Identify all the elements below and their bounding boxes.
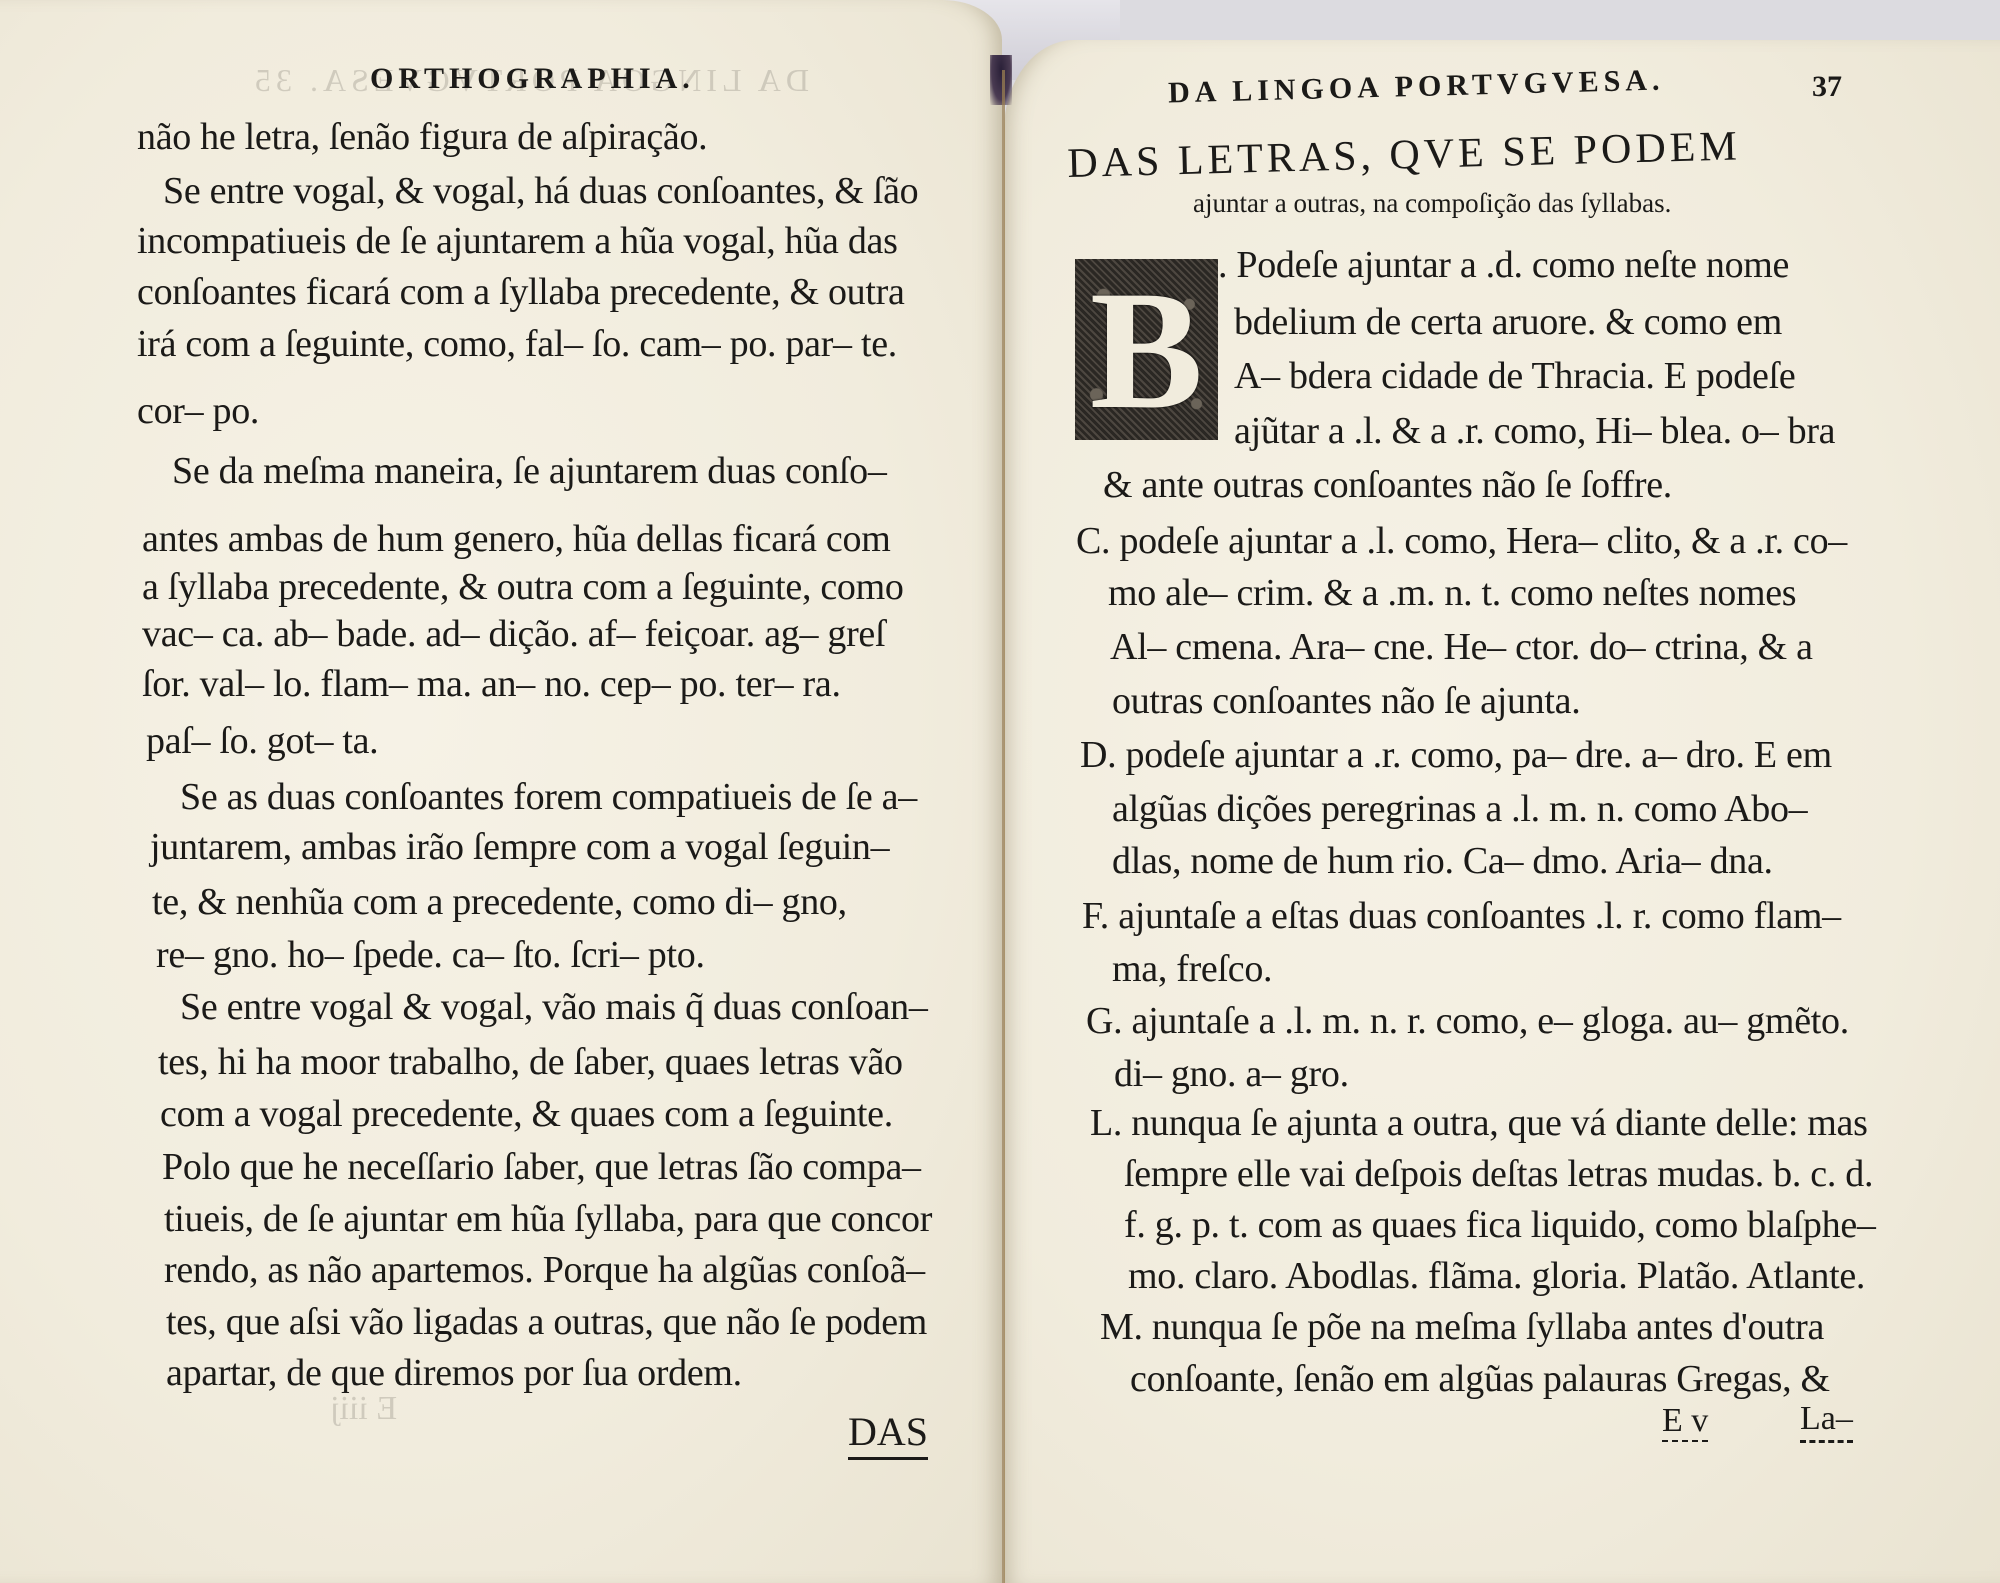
signature-mark: E v	[1662, 1402, 1708, 1442]
right-catchword: La–	[1800, 1400, 1853, 1443]
text-line: a ſyllaba precedente, & outra com a ſegu…	[142, 568, 904, 606]
text-line: tes, hi ha moor trabalho, de ſaber, quae…	[158, 1043, 903, 1081]
drop-cap-ornament: B	[1075, 259, 1218, 440]
text-line: ajũtar a .l. & a .r. como, Hi– blea. o– …	[1234, 412, 1835, 450]
text-line: juntarem, ambas irão ſempre com a vogal …	[150, 828, 889, 866]
text-line: tiueis, de ſe ajuntar em hũa ſyllaba, pa…	[164, 1200, 932, 1238]
text-line: D. podeſe ajuntar a .r. como, pa– dre. a…	[1080, 736, 1832, 774]
text-line: f. g. p. t. com as quaes fica liquido, c…	[1124, 1206, 1876, 1244]
text-line: A– bdera cidade de Thracia. E podeſe	[1234, 357, 1795, 395]
text-line: Polo que he neceſſario ſaber, que letras…	[162, 1148, 921, 1186]
text-line: Se entre vogal, & vogal, há duas conſoan…	[163, 172, 918, 210]
text-line: com a vogal precedente, & quaes com a ſe…	[160, 1095, 893, 1133]
text-line: dlas, nome de hum rio. Ca– dmo. Aria– dn…	[1112, 842, 1773, 880]
text-line: vac– ca. ab– bade. ad– dição. af– feiçoa…	[142, 615, 885, 653]
text-line: apartar, de que diremos por ſua ordem.	[166, 1354, 742, 1392]
text-line: . Podeſe ajuntar a .d. como neſte nome	[1218, 246, 1789, 284]
text-line: conſoante, ſenão em algũas palauras Greg…	[1130, 1360, 1830, 1398]
text-line: antes ambas de hum genero, hũa dellas fi…	[142, 520, 890, 558]
gutter	[1002, 70, 1005, 1583]
text-line: & ante outras conſoantes não ſe ſoffre.	[1103, 466, 1672, 504]
text-line: irá com a ſeguinte, como, fal– ſo. cam– …	[137, 325, 897, 363]
text-line: C. podeſe ajuntar a .l. como, Hera– clit…	[1076, 522, 1847, 560]
text-line: rendo, as não apartemos. Porque ha algũa…	[164, 1251, 925, 1289]
text-line: paſ– ſo. got– ta.	[146, 722, 378, 760]
drop-cap-letter: B	[1090, 265, 1203, 435]
text-line: L. nunqua ſe ajunta a outra, que vá dian…	[1090, 1104, 1868, 1142]
page-number: 37	[1812, 70, 1842, 104]
text-line: Se as duas conſoantes forem compatiueis …	[180, 778, 917, 816]
text-line: Se entre vogal & vogal, vão mais q̃ duas…	[180, 988, 928, 1026]
text-line: Se da meſma maneira, ſe ajuntarem duas c…	[172, 452, 887, 490]
text-line: G. ajuntaſe a .l. m. n. r. como, e– glog…	[1086, 1002, 1849, 1040]
text-line: M. nunqua ſe põe na meſma ſyllaba antes …	[1100, 1308, 1824, 1346]
text-line: conſoantes ficará com a ſyllaba preceden…	[137, 273, 905, 311]
text-line: tes, que aſsi vão ligadas a outras, que …	[166, 1303, 927, 1341]
text-line: di– gno. a– gro.	[1114, 1055, 1349, 1093]
text-line: mo. claro. Abodlas. flãma. gloria. Platã…	[1128, 1257, 1865, 1295]
text-line: te, & nenhũa com a precedente, como di– …	[152, 883, 847, 921]
text-line: F. ajuntaſe a eſtas duas conſoantes .l. …	[1082, 897, 1841, 935]
text-line: algũas dições peregrinas a .l. m. n. com…	[1112, 790, 1807, 828]
book-spine	[990, 55, 1012, 105]
text-line: outras conſoantes não ſe ajunta.	[1112, 682, 1580, 720]
left-catchword: DAS	[848, 1408, 928, 1460]
text-line: ma, freſco.	[1112, 950, 1272, 988]
text-line: ſor. val– lo. flam– ma. an– no. cep– po.…	[142, 665, 841, 703]
text-line: bdelium de certa aruore. & como em	[1234, 303, 1782, 341]
text-line: Al– cmena. Ara– cne. He– ctor. do– ctrin…	[1110, 628, 1813, 666]
text-line: re– gno. ho– ſpede. ca– ſto. ſcri– pto.	[156, 936, 705, 974]
text-line: mo ale– crim. & a .m. n. t. como neſtes …	[1108, 574, 1796, 612]
text-line: ſempre elle vai deſpois deſtas letras mu…	[1124, 1155, 1873, 1193]
text-line: cor– po.	[137, 392, 259, 430]
bleed-through-signature: E iiij	[330, 1390, 397, 1428]
text-line: incompatiueis de ſe ajuntarem a hũa voga…	[137, 222, 898, 260]
text-line: não he letra, ſenão figura de aſpiração.	[137, 118, 707, 156]
left-running-head: ORTHOGRAPHIA.	[370, 62, 695, 96]
chapter-subtitle: ajuntar a outras, na compoſição das ſyll…	[1193, 188, 1671, 219]
